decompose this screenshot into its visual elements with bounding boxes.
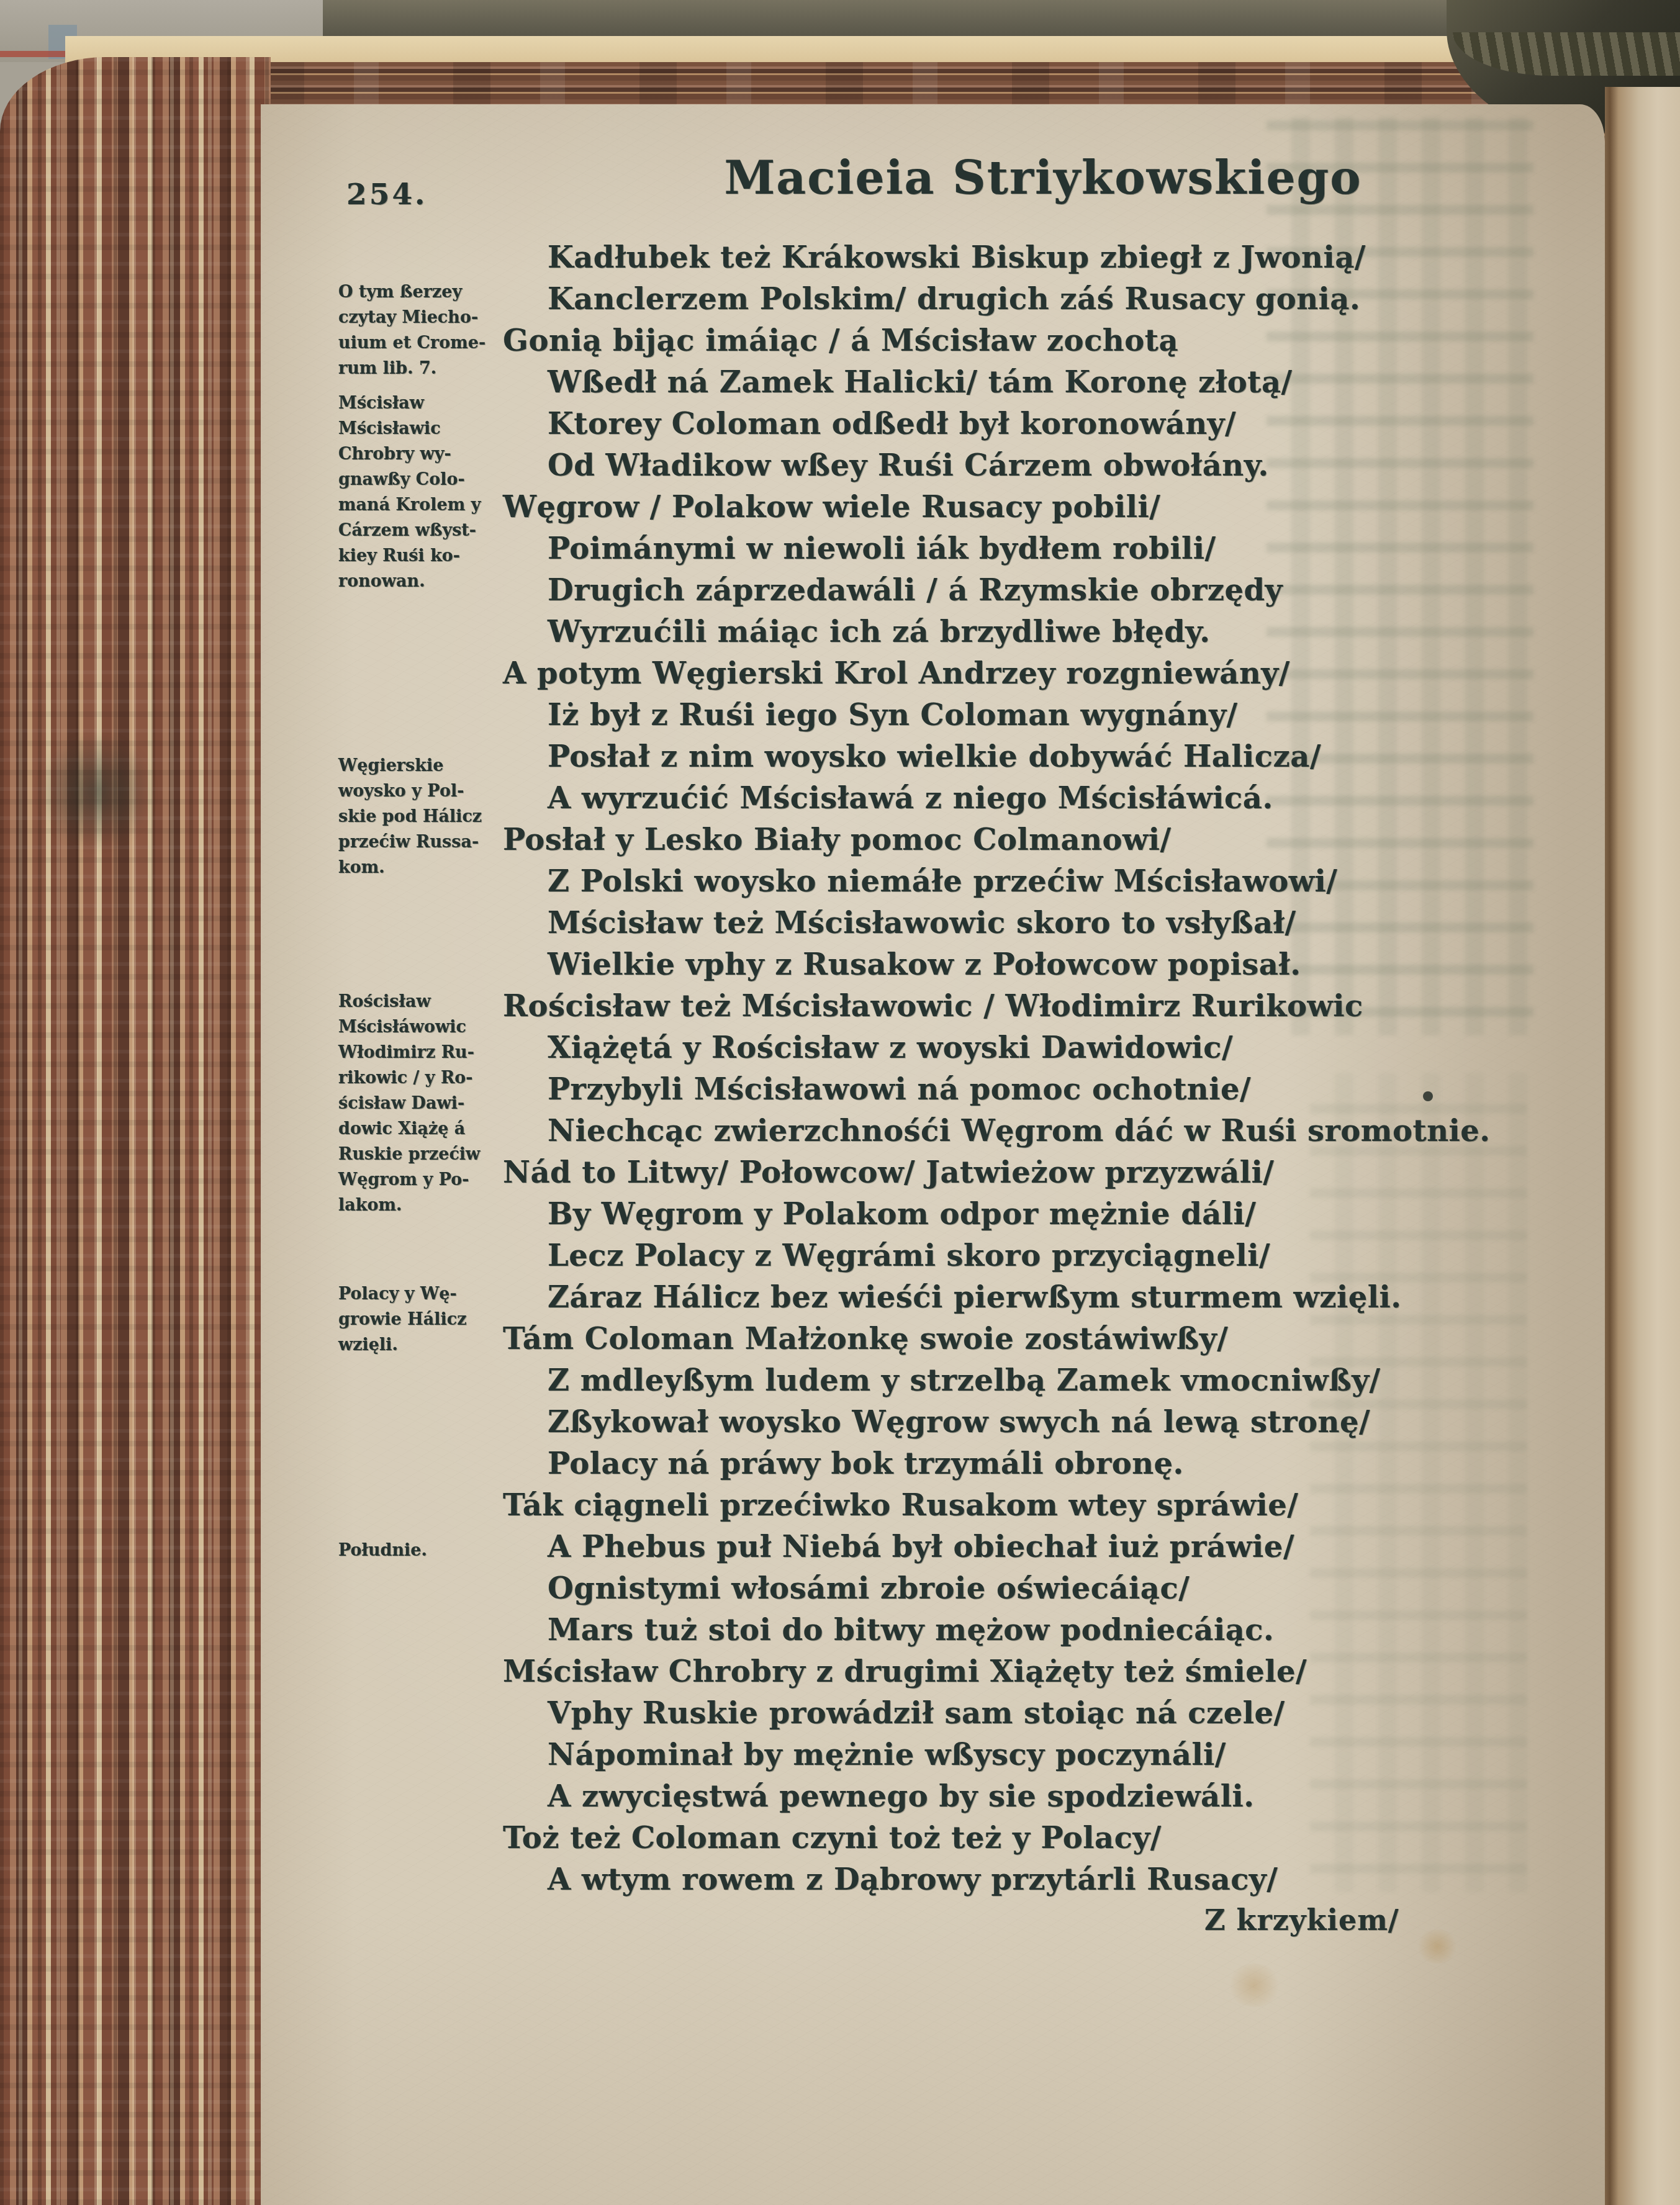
- verse-line: A potym Węgierski Krol Andrzey rozgniewá…: [503, 653, 1571, 695]
- verse-line: Mścisław Chrobry z drugimi Xiążęty też ś…: [503, 1651, 1571, 1693]
- verse-line: Ognistymi włosámi zbroie oświecáiąc/: [503, 1568, 1571, 1610]
- verse-line: Rościsław też Mścisławowic / Włodimirz R…: [503, 986, 1571, 1027]
- margin-note: Węgierskie woysko y Pol- skie pod Hálicz…: [338, 753, 507, 880]
- verse-line: Zßykował woysko Węgrow swych ná lewą str…: [503, 1402, 1571, 1443]
- verse-line: Ktorey Coloman odßedł był koronowány/: [503, 404, 1571, 445]
- verse-line: Kanclerzem Polskim/ drugich záś Rusacy g…: [503, 279, 1571, 320]
- verse-line: Poimánymi w niewoli iák bydłem robili/: [503, 528, 1571, 570]
- catchword: Z krzykiem/: [1204, 1903, 1399, 1937]
- book-cover-top-edge: [323, 0, 1515, 38]
- verse-line: Ták ciągneli przećiwko Rusakom wtey sprá…: [503, 1485, 1571, 1526]
- paper-stain: [1226, 1964, 1282, 2007]
- verse-line: Wyrzućili máiąc ich zá brzydliwe błędy.: [503, 611, 1571, 653]
- verse-line: Iż był z Ruśi iego Syn Coloman wygnány/: [503, 695, 1571, 736]
- verse-line: Z mdleyßym ludem y strzelbą Zamek vmocni…: [503, 1360, 1571, 1402]
- verse-line: Mścisław też Mścisławowic skoro to vsłyß…: [503, 903, 1571, 944]
- fore-edge-page-stack: [0, 57, 271, 2205]
- verse-line: Xiążętá y Rościsław z woyski Dawidowic/: [503, 1027, 1571, 1069]
- verse-line: Vphy Ruskie prowádził sam stoiąc ná czel…: [503, 1693, 1571, 1734]
- page-number: 254.: [346, 178, 427, 212]
- verse-line: Kadłubek też Krákowski Biskup zbiegł z J…: [503, 237, 1571, 279]
- verse-line: Toż też Coloman czyni toż też y Polacy/: [503, 1818, 1571, 1859]
- verse-line: A zwycięstwá pewnego by sie spodziewáli.: [503, 1776, 1571, 1818]
- verse-line: Wßedł ná Zamek Halicki/ tám Koronę złotą…: [503, 362, 1571, 404]
- verse-line: Przybyli Mścisławowi ná pomoc ochotnie/: [503, 1069, 1571, 1111]
- paper-stain: [1416, 1929, 1459, 1964]
- margin-note: Rościsław Mścisłáwowic Włodimirz Ru- rik…: [338, 989, 507, 1218]
- verse-line: Z Polski woysko niemáłe przećiw Mścisław…: [503, 861, 1571, 903]
- book-page: 254. Macieia Striykowskiego Kadłubek też…: [261, 104, 1605, 2205]
- verse-text-block: Kadłubek też Krákowski Biskup zbiegł z J…: [503, 237, 1571, 1901]
- margin-note: Południe.: [338, 1538, 507, 1563]
- verse-line: Nápominał by mężnie wßyscy poczynáli/: [503, 1734, 1571, 1776]
- adjacent-page-gutter: [1605, 87, 1680, 2205]
- flyleaf-edge-band: [65, 36, 1521, 65]
- edge-smudge: [37, 733, 155, 850]
- verse-line: A wtym rowem z Dąbrowy przytárli Rusacy/: [503, 1859, 1571, 1901]
- verse-line: Záraz Hálicz bez wieśći pierwßym sturmem…: [503, 1277, 1571, 1319]
- verse-line: Posłał y Lesko Biały pomoc Colmanowi/: [503, 819, 1571, 861]
- scanned-book-photo: 254. Macieia Striykowskiego Kadłubek też…: [0, 0, 1680, 2205]
- verse-line: Mars tuż stoi do bitwy mężow podniecáiąc…: [503, 1610, 1571, 1651]
- verse-line: By Węgrom y Polakom odpor mężnie dáli/: [503, 1194, 1571, 1235]
- verse-line: Posłał z nim woysko wielkie dobywáć Hali…: [503, 736, 1571, 778]
- margin-note: Polacy y Wę- growie Hálicz wzięli.: [338, 1281, 507, 1358]
- verse-line: Niechcąc zwierzchnośći Węgrom dáć w Ruśi…: [503, 1111, 1571, 1152]
- verse-line: A wyrzućić Mścisławá z niego Mścisłáwicá…: [503, 778, 1571, 819]
- verse-line: Od Władikow wßey Ruśi Cárzem obwołány.: [503, 445, 1571, 487]
- running-title: Macieia Striykowskiego: [695, 151, 1391, 205]
- page-top-edges: [267, 62, 1521, 108]
- verse-line: Polacy ná práwy bok trzymáli obronę.: [503, 1443, 1571, 1485]
- verse-line: Gonią bijąc imáiąc / á Mścisław zochotą: [503, 320, 1571, 362]
- verse-line: Węgrow / Polakow wiele Rusacy pobili/: [503, 487, 1571, 528]
- verse-line: Drugich záprzedawáli / á Rzymskie obrzęd…: [503, 570, 1571, 611]
- verse-line: Lecz Polacy z Węgrámi skoro przyciągneli…: [503, 1235, 1571, 1277]
- margin-note: Mścisław Mścisławic Chrobry wy- gnawßy C…: [338, 390, 507, 594]
- margin-note: O tym ßerzey czytay Miecho- uium et Crom…: [338, 279, 507, 381]
- verse-line: Tám Coloman Małżonkę swoie zostáwiwßy/: [503, 1319, 1571, 1360]
- verse-line: Nád to Litwy/ Połowcow/ Jatwieżow przyzw…: [503, 1152, 1571, 1194]
- verse-line: Wielkie vphy z Rusakow z Połowcow popisa…: [503, 944, 1571, 986]
- verse-line: A Phebus puł Niebá był obiechał iuż práw…: [503, 1526, 1571, 1568]
